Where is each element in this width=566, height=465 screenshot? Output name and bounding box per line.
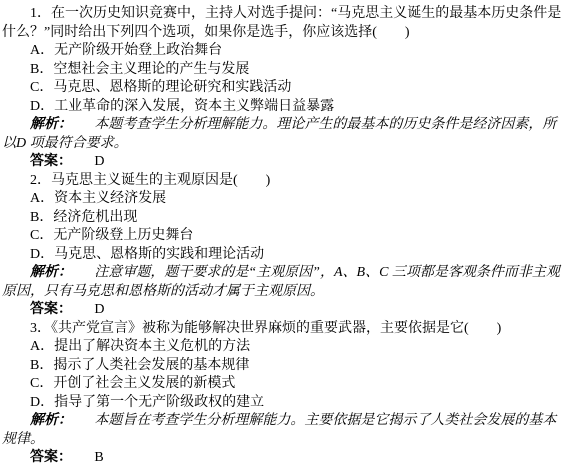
question-option-c: C．马克思、恩格斯的理论研究和实践活动: [2, 79, 564, 98]
analysis-text: 本题旨在考查学生分析理解能力。主要依据是它揭示了人类社会发展的基本规律。: [2, 413, 556, 447]
question-block-1: 1．在一次历史知识竞赛中，主持人对选手提问：“马克思主义诞生的最基本历史条件是什…: [2, 5, 564, 172]
question-option-b: B．经济危机出现: [2, 209, 564, 228]
question-stem: 1．在一次历史知识竞赛中，主持人对选手提问：“马克思主义诞生的最基本历史条件是什…: [2, 5, 564, 42]
question-option-d: D．指导了第一个无产阶级政权的建立: [2, 394, 564, 413]
answer-label: 答案：: [30, 302, 72, 317]
analysis-paragraph: 解析：本题旨在考查学生分析理解能力。主要依据是它揭示了人类社会发展的基本规律。: [2, 412, 564, 449]
document-page: 1．在一次历史知识竞赛中，主持人对选手提问：“马克思主义诞生的最基本历史条件是什…: [0, 0, 566, 465]
question-option-b: B．揭示了人类社会发展的基本规律: [2, 357, 564, 376]
analysis-label: 解析：: [30, 413, 72, 428]
analysis-label: 解析：: [30, 117, 72, 132]
analysis-paragraph: 解析：本题考查学生分析理解能力。理论产生的最基本的历史条件是经济因素，所以D 项…: [2, 116, 564, 153]
answer-paragraph: 答案：B: [2, 449, 564, 465]
question-option-a: A．无产阶级开始登上政治舞台: [2, 42, 564, 61]
question-option-a: A．资本主义经济发展: [2, 190, 564, 209]
answer-paragraph: 答案：D: [2, 153, 564, 172]
question-option-d: D．工业革命的深入发展，资本主义弊端日益暴露: [2, 98, 564, 117]
answer-paragraph: 答案：D: [2, 301, 564, 320]
question-block-3: 3．《共产党宣言》被称为能够解决世界麻烦的重要武器，主要依据是它( ) A．提出…: [2, 320, 564, 465]
answer-value: D: [94, 302, 104, 317]
question-option-c: C．无产阶级登上历史舞台: [2, 227, 564, 246]
question-option-d: D．马克思、恩格斯的实践和理论活动: [2, 246, 564, 265]
answer-value: B: [94, 450, 103, 465]
answer-value: D: [94, 154, 104, 169]
answer-label: 答案：: [30, 154, 72, 169]
analysis-text: 注意审题，题干要求的是“主观原因”，A、B、C 三项都是客观条件而非主观原因，只…: [2, 265, 560, 299]
question-stem: 2．马克思主义诞生的主观原因是( ): [2, 172, 564, 191]
question-option-c: C．开创了社会主义发展的新模式: [2, 375, 564, 394]
question-option-b: B．空想社会主义理论的产生与发展: [2, 61, 564, 80]
analysis-text: 本题考查学生分析理解能力。理论产生的最基本的历史条件是经济因素，所以D 项最符合…: [2, 117, 556, 151]
question-option-a: A．提出了解决资本主义危机的方法: [2, 338, 564, 357]
question-stem: 3．《共产党宣言》被称为能够解决世界麻烦的重要武器，主要依据是它( ): [2, 320, 564, 339]
answer-label: 答案：: [30, 450, 72, 465]
analysis-label: 解析：: [30, 265, 72, 280]
question-block-2: 2．马克思主义诞生的主观原因是( ) A．资本主义经济发展 B．经济危机出现 C…: [2, 172, 564, 320]
analysis-paragraph: 解析：注意审题，题干要求的是“主观原因”，A、B、C 三项都是客观条件而非主观原…: [2, 264, 564, 301]
